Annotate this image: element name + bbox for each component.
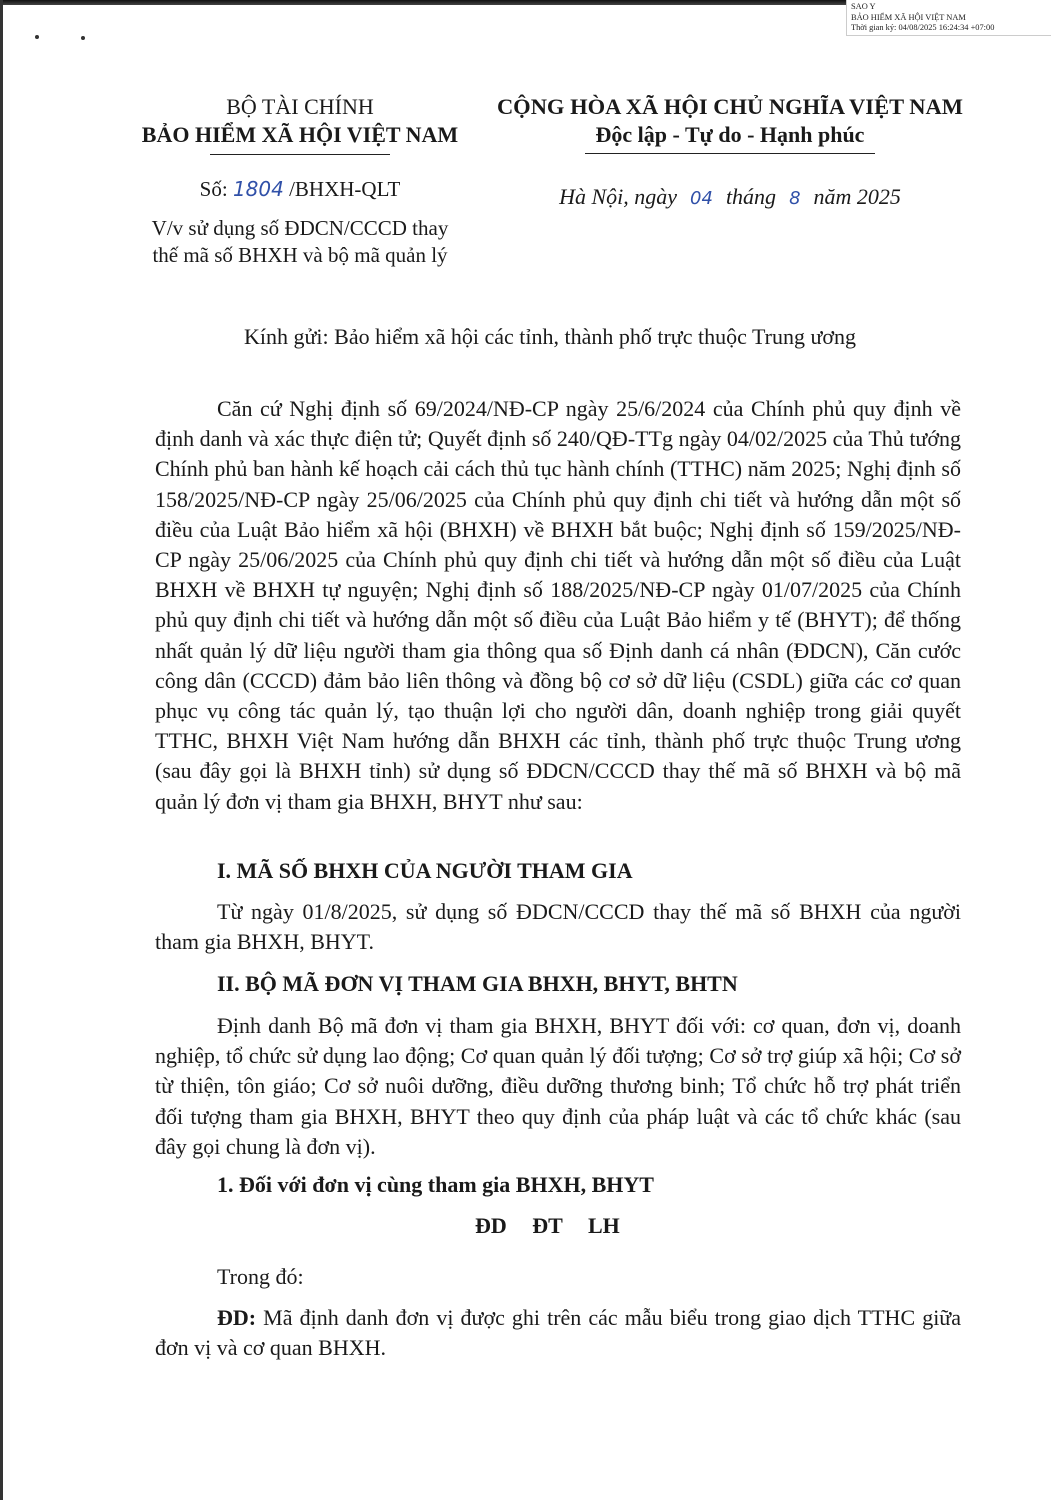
scan-dot	[35, 35, 39, 39]
doc-no-handwritten: 1804	[233, 177, 284, 201]
where-label: Trong đó:	[217, 1263, 304, 1291]
stamp-line-1: SAO Y	[851, 2, 1047, 13]
doc-no-suffix: /BHXH-QLT	[289, 177, 400, 201]
dd-label: ĐD:	[217, 1305, 256, 1330]
section-1-paragraph: Từ ngày 01/8/2025, sử dụng số ĐDCN/CCCD …	[155, 897, 961, 957]
national-motto: Độc lập - Tự do - Hạnh phúc	[480, 121, 980, 149]
place-prefix: Hà Nội, ngày	[559, 184, 677, 209]
issuer-underline	[210, 154, 390, 155]
ministry-name: BỘ TÀI CHÍNH	[110, 93, 490, 121]
nation-name: CỘNG HÒA XÃ HỘI CHỦ NGHĨA VIỆT NAM	[480, 93, 980, 121]
dd-definition-paragraph: ĐD: Mã định danh đơn vị được ghi trên cá…	[155, 1303, 961, 1363]
date-day: 04	[684, 188, 719, 209]
recipient-line: Kính gửi: Bảo hiểm xã hội các tỉnh, thàn…	[244, 323, 856, 351]
document-subject: V/v sử dụng số ĐDCN/CCCD thay thế mã số …	[110, 215, 490, 269]
year-label: năm 2025	[814, 184, 901, 209]
subject-line-2: thế mã số BHXH và bộ mã quản lý	[110, 242, 490, 269]
motto-underline	[585, 153, 875, 154]
dd-text: Mã định danh đơn vị được ghi trên các mẫ…	[155, 1305, 961, 1360]
scan-left-edge	[0, 0, 3, 1500]
section-2-text: Định danh Bộ mã đơn vị tham gia BHXH, BH…	[155, 1011, 961, 1162]
section-2-paragraph: Định danh Bộ mã đơn vị tham gia BHXH, BH…	[155, 1011, 961, 1162]
code-format: ĐD ĐT LH	[475, 1212, 620, 1240]
stamp-line-2: BẢO HIỂM XÃ HỘI VIỆT NAM	[851, 13, 1047, 24]
subject-line-1: V/v sử dụng số ĐDCN/CCCD thay	[110, 215, 490, 242]
intro-paragraph: Căn cứ Nghị định số 69/2024/NĐ-CP ngày 2…	[155, 394, 961, 817]
scan-dot	[81, 36, 85, 40]
date-month: 8	[783, 188, 806, 209]
doc-no-prefix: Số:	[200, 177, 228, 201]
section-1-text: Từ ngày 01/8/2025, sử dụng số ĐDCN/CCCD …	[155, 897, 961, 957]
section-1-heading: I. MÃ SỐ BHXH CỦA NGƯỜI THAM GIA	[217, 857, 633, 885]
place-and-date: Hà Nội, ngày04tháng8năm 2025	[480, 183, 980, 213]
stamp-line-3: Thời gian ký: 04/08/2025 16:24:34 +07:00	[851, 23, 1047, 34]
national-header-block: CỘNG HÒA XÃ HỘI CHỦ NGHĨA VIỆT NAM Độc l…	[480, 93, 980, 213]
intro-text: Căn cứ Nghị định số 69/2024/NĐ-CP ngày 2…	[155, 394, 961, 817]
month-label: tháng	[726, 184, 776, 209]
digital-signature-stamp: SAO Y BẢO HIỂM XÃ HỘI VIỆT NAM Thời gian…	[846, 0, 1051, 36]
section-2-heading: II. BỘ MÃ ĐƠN VỊ THAM GIA BHXH, BHYT, BH…	[217, 970, 738, 998]
agency-name: BẢO HIỂM XÃ HỘI VIỆT NAM	[110, 121, 490, 149]
issuer-block: BỘ TÀI CHÍNH BẢO HIỂM XÃ HỘI VIỆT NAM Số…	[110, 93, 490, 269]
document-number: Số: 1804 /BHXH-QLT	[110, 175, 490, 203]
subsection-1-heading: 1. Đối với đơn vị cùng tham gia BHXH, BH…	[217, 1171, 654, 1199]
